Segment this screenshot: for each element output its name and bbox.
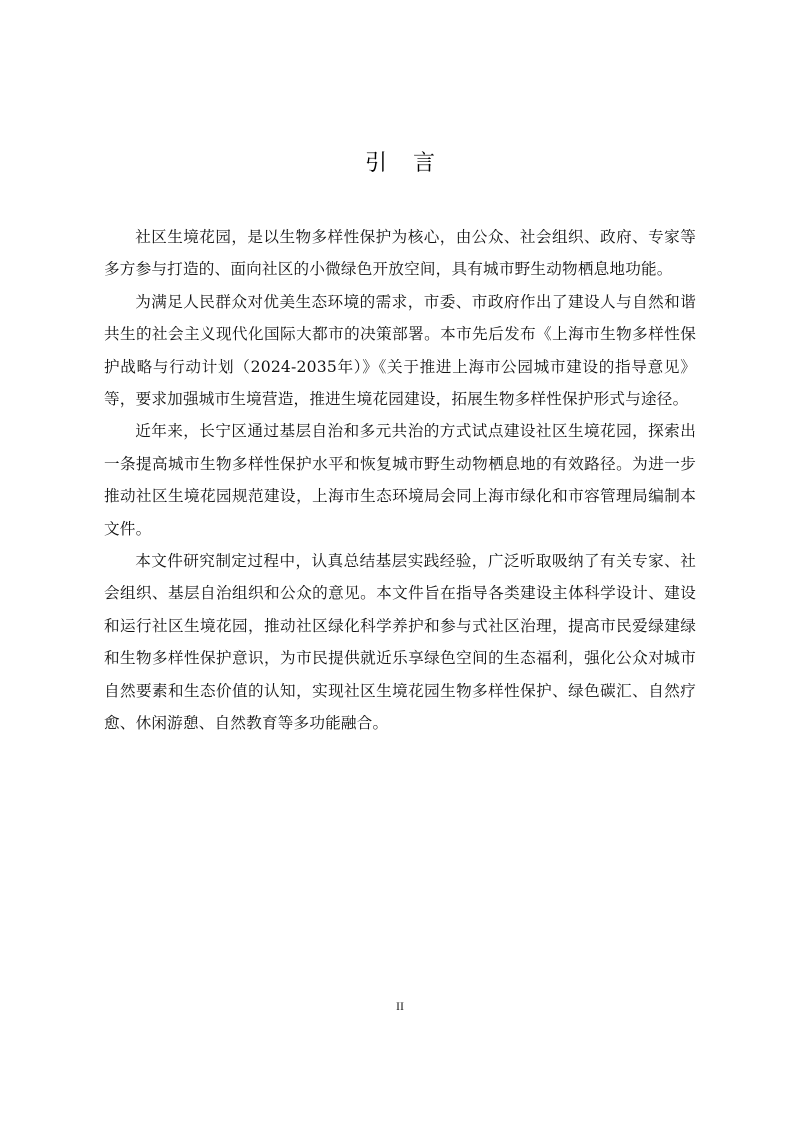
document-body: 社区生境花园，是以生物多样性保护为核心，由公众、社会组织、政府、专家等多方参与打… <box>104 221 696 740</box>
page-number: II <box>0 999 800 1014</box>
paragraph-pilot: 近年来，长宁区通过基层自治和多元共治的方式试点建设社区生境花园，探索出一条提高城… <box>104 415 696 545</box>
paragraph-background: 为满足人民群众对优美生态环境的需求，市委、市政府作出了建设人与自然和谐共生的社会… <box>104 286 696 416</box>
paragraph-purpose: 本文件研究制定过程中，认真总结基层实践经验，广泛听取吸纳了有关专家、社会组织、基… <box>104 545 696 739</box>
page-title: 引言 <box>0 146 800 177</box>
paragraph-definition: 社区生境花园，是以生物多样性保护为核心，由公众、社会组织、政府、专家等多方参与打… <box>104 221 696 286</box>
